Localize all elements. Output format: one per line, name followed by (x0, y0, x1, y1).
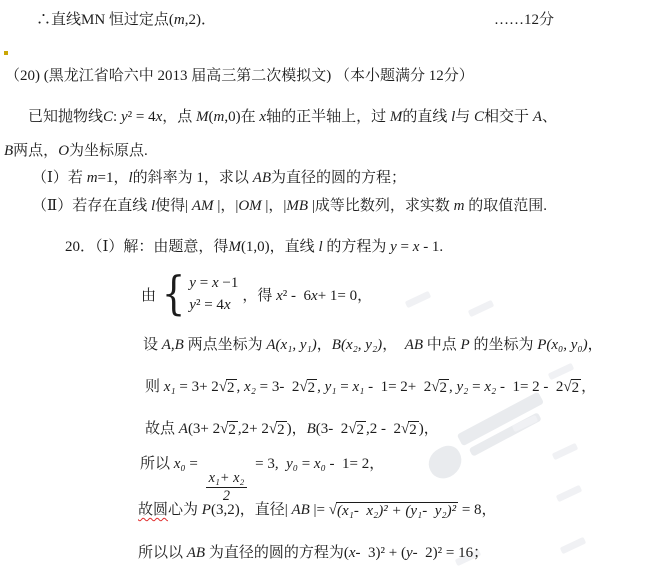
question-part-2: （Ⅱ）若存在直线 l使得| AM |，|OM |，|MB |成等比数列，求实数 … (32, 196, 547, 216)
text-run: ，得 (242, 288, 276, 304)
text-run: 心为 (168, 502, 202, 518)
text-run: m (87, 170, 98, 186)
text-run: = (468, 379, 484, 395)
text-run: P (202, 502, 211, 518)
circle-center-line: 故圆心为 P(3,2)，直径| AB |= √(x₁- x₂)² + (y₁- … (138, 500, 497, 520)
text-run: 故圆 (138, 502, 168, 518)
text-run: ， (588, 337, 603, 353)
text-run: ∴直线MN 恒过定点 (36, 12, 169, 28)
text-run: O (58, 143, 69, 159)
text-run: x₁ (352, 379, 364, 395)
midpoint-line: 所以 x₀ = x₁+ x₂2 = 3, y₀ = x₀ - 1= 2， (140, 454, 384, 506)
text-run: B(x₂, y₂) (332, 337, 382, 353)
text-run: 两点坐标为 (184, 337, 267, 353)
problem-source-line: （20) (黑龙江省哈六中 2013 届高三第二次模拟文) （本小题满分 12分… (5, 66, 474, 86)
question-part-1: （Ⅰ）若 m=1，l的斜率为 1，求以 AB为直径的圆的方程； (32, 168, 406, 188)
text-run: 的取值范围. (464, 198, 547, 214)
text-run: AB (253, 170, 271, 186)
text-run: y (406, 545, 413, 561)
watermark-speck (556, 485, 583, 502)
text-run: 的方程为 (323, 239, 391, 255)
text-run: 故点 (145, 421, 179, 437)
watermark-speck (552, 443, 579, 460)
sqrt-expression: √2 (220, 421, 238, 439)
text-run: = 8， (458, 502, 496, 518)
text-run: )， (419, 421, 439, 437)
text-run: x (212, 275, 219, 291)
sqrt-expression: √2 (299, 379, 317, 397)
text-run: |，| (262, 198, 287, 214)
text-run: - 1= 2 - 2 (496, 379, 563, 395)
watermark-speck (468, 300, 495, 317)
text-run: A (533, 109, 542, 125)
text-run: , (449, 379, 457, 395)
text-run: x (224, 297, 231, 313)
text-run: 在 (241, 109, 260, 125)
text-run: - 1= 2+ 2 (364, 379, 431, 395)
text-run: ,0) (224, 109, 240, 125)
system-conclusion: ，得 x² - 6x+ 1= 0， (242, 284, 372, 305)
text-run: - 1= 2， (326, 456, 384, 472)
text-run: |= (310, 502, 329, 518)
text-run: AB (291, 502, 309, 518)
text-run: - 2)² = 16； (413, 545, 488, 561)
text-run: , (237, 379, 245, 395)
watermark-speck (405, 291, 432, 308)
text-run: （Ⅱ）若存在直线 (32, 198, 151, 214)
watermark-text-bar (469, 412, 542, 457)
text-run: : (113, 109, 121, 125)
text-run: x₀ (314, 456, 326, 472)
text-run: （Ⅰ）若 (32, 170, 87, 186)
text-run: 所以 (140, 456, 174, 472)
text-run: = (298, 456, 314, 472)
text-run: M (228, 239, 241, 255)
text-run: + 1= 0， (318, 288, 372, 304)
text-run: ² = 4 (196, 297, 224, 313)
solution-intro-line: 20．（Ⅰ）解：由题意，得M(1,0)，直线 l 的方程为 y = x - 1. (65, 237, 443, 257)
text-run: OM (238, 198, 261, 214)
system-eq-2: y² = 4x (189, 294, 238, 316)
sqrt-expression: √2 (401, 421, 419, 439)
text-run: y₂ (457, 379, 469, 395)
text-run: C (474, 109, 484, 125)
sqrt-expression: √2 (431, 379, 449, 397)
text-run: x (276, 288, 283, 304)
sqrt-expression: √2 (269, 421, 287, 439)
equation-system: 由{y = x −1y² = 4x，得 x² - 6x+ 1= 0， (141, 268, 372, 320)
text-run: A,B (162, 337, 184, 353)
text-run: ， (317, 337, 332, 353)
text-run: AM (192, 198, 214, 214)
text-run: x₂ (484, 379, 496, 395)
sqrt-expression: √2 (348, 421, 366, 439)
text-run: x (349, 545, 356, 561)
text-run: ． (201, 12, 216, 28)
system-brace: { (162, 272, 185, 316)
text-run: MB (286, 198, 308, 214)
text-run: ， (581, 379, 596, 395)
text-run: (3+ 2 (188, 421, 220, 437)
text-run: B (307, 421, 316, 437)
text-run: 轴的正半轴上，过 (266, 109, 390, 125)
text-run: m (214, 109, 225, 125)
text-run: M (390, 109, 403, 125)
circle-equation-line: 所以以 AB 为直径的圆的方程为(x- 3)² + (y- 2)² = 16； (138, 543, 488, 563)
text-run: (3,2)，直径| (211, 502, 292, 518)
text-run: ² = 4 (128, 109, 156, 125)
text-run: M (196, 109, 209, 125)
text-run: y (189, 297, 196, 313)
text-run: 使得| (155, 198, 192, 214)
text-run: ， (382, 337, 405, 353)
watermark-logo (423, 441, 467, 483)
watermark-text-bar (457, 392, 544, 447)
text-run: 中点 (423, 337, 461, 353)
score-label: ……12分 (494, 10, 554, 30)
text-run: 为直径的圆的方程为 (205, 545, 344, 561)
text-run: y (189, 275, 196, 291)
text-run: −1 (219, 275, 239, 291)
roots-line: 则 x₁ = 3+ 2√2, x₂ = 3- 2√2, y₁ = x₁ - 1=… (145, 377, 596, 397)
text-run: - 3)² + ( (356, 545, 406, 561)
text-run: ,2) (185, 12, 201, 28)
text-run: 与 (455, 109, 474, 125)
text-run: = 3- 2 (256, 379, 299, 395)
text-run: 则 (145, 379, 164, 395)
yellow-speck (4, 51, 8, 55)
text-run: ² - 6 (283, 288, 311, 304)
text-run: 两点， (13, 143, 58, 159)
text-run: 已知抛物线 (28, 109, 103, 125)
text-run: 相交于 (484, 109, 533, 125)
document-page: ∴直线MN 恒过定点(m,2)． ……12分 （20) (黑龙江省哈六中 201… (0, 0, 649, 573)
text-run: m (454, 198, 465, 214)
points-line: 故点 A(3+ 2√2,2+ 2√2)，B(3- 2√2,2 - 2√2)， (145, 419, 439, 439)
points-setup-line: 设 A,B 两点坐标为 A(x₁, y₁)，B(x₂, y₂)， AB 中点 P… (143, 335, 603, 355)
text-run: 为坐标原点. (69, 143, 148, 159)
text-run: B (4, 143, 13, 159)
system-prefix: 由 (141, 284, 156, 305)
text-run: P (461, 337, 470, 353)
text-run: 20．（Ⅰ）解：由题意，得 (65, 239, 228, 255)
sqrt-expression: √2 (219, 379, 237, 397)
text-run: y₀ (286, 456, 298, 472)
text-run: = (397, 239, 413, 255)
text-run: x₀ (174, 456, 186, 472)
text-run: (3- 2 (316, 421, 349, 437)
text-run: AB (405, 337, 423, 353)
text-run: - 1. (419, 239, 443, 255)
text-run: x₁ (164, 379, 176, 395)
text-run: ,2+ 2 (238, 421, 269, 437)
sqrt-expression: √(x₁- x₂)² + (y₁- y₂)² (329, 502, 458, 520)
text-run: AB (187, 545, 205, 561)
text-run: 的坐标为 (470, 337, 538, 353)
text-run: = (337, 379, 353, 395)
text-run: P(x₀, y₀) (537, 337, 587, 353)
watermark-speck (560, 537, 587, 554)
text-run: y₁ (325, 379, 337, 395)
text-run: ，点 (162, 109, 196, 125)
text-run: y (390, 239, 397, 255)
text-run: ， (292, 421, 307, 437)
text-run: A (179, 421, 188, 437)
system-equations: y = x −1y² = 4x (189, 272, 238, 316)
text-run: 的斜率为 1，求以 (133, 170, 253, 186)
text-run: C (103, 109, 113, 125)
text-run: = (196, 275, 212, 291)
watermark-speck (512, 415, 539, 432)
text-run: ,2 - 2 (366, 421, 401, 437)
text-run: = (186, 456, 202, 472)
problem-stem-line-2: B两点，O为坐标原点. (4, 141, 148, 161)
text-run: 设 (143, 337, 162, 353)
text-run: y (121, 109, 128, 125)
text-run: , (317, 379, 325, 395)
text-run: 为直径的圆的方程； (271, 170, 406, 186)
text-run: x (311, 288, 318, 304)
text-run: =1， (98, 170, 129, 186)
sqrt-expression: √2 (563, 379, 581, 397)
text-run: |，| (214, 198, 239, 214)
text-run: 的直线 (402, 109, 451, 125)
text-run: (1,0)，直线 (241, 239, 319, 255)
text-run: m (174, 12, 185, 28)
problem-stem-line-1: 已知抛物线C: y² = 4x，点 M(m,0)在 x轴的正半轴上，过 M的直线… (28, 107, 557, 127)
text-run: 所以以 (138, 545, 187, 561)
text-run: x₂ (244, 379, 256, 395)
text-run: A(x₁, y₁) (266, 337, 316, 353)
text-run: = 3+ 2 (176, 379, 219, 395)
text-run: |成等比数列，求实数 (308, 198, 454, 214)
text-run: = 3, (251, 456, 286, 472)
conclusion-line: ∴直线MN 恒过定点(m,2)． (36, 10, 216, 30)
text-run: 、 (542, 109, 557, 125)
system-eq-1: y = x −1 (189, 272, 238, 294)
